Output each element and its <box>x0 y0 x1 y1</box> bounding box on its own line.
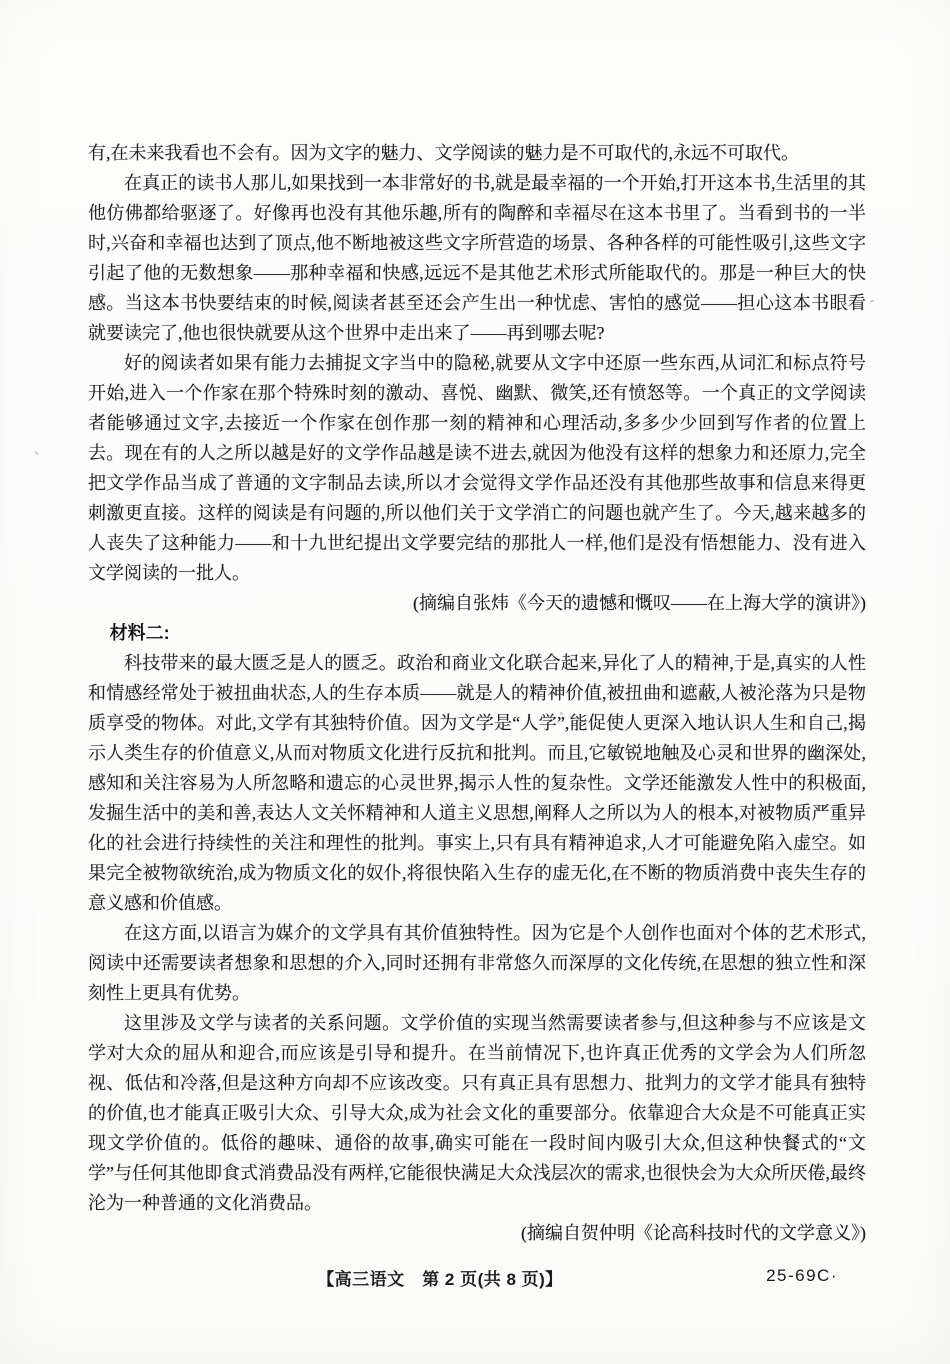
material-one-attribution: (摘编自张炜《今天的遗憾和慨叹——在上海大学的演讲》) <box>88 588 866 618</box>
material-one-paragraph-3: 好的阅读者如果有能力去捕捉文字当中的隐秘,就要从文字中还原一些东西,从词汇和标点… <box>88 348 866 588</box>
material-two-paragraph-2: 在这方面,以语言为媒介的文学具有其价值独特性。因为它是个人创作也面对个体的艺术形… <box>88 918 866 1008</box>
page-number-label: 【高三语文 第 2 页(共 8 页)】 <box>0 1265 880 1290</box>
scan-speck <box>34 451 39 456</box>
scan-speck <box>560 712 563 715</box>
material-one-paragraph-continuation: 有,在未来我看也不会有。因为文字的魅力、文学阅读的魅力是不可取代的,永远不可取代… <box>88 138 866 168</box>
paper-code: 25-69C· <box>766 1266 838 1286</box>
material-two-paragraph-1: 科技带来的最大匮乏是人的匮乏。政治和商业文化联合起来,异化了人的精神,于是,真实… <box>88 648 866 918</box>
page-footer: 【高三语文 第 2 页(共 8 页)】 25-69C· <box>0 1265 950 1297</box>
material-two-attribution: (摘编自贺仲明《论高科技时代的文学意义》) <box>88 1218 866 1248</box>
material-two-paragraph-3: 这里涉及文学与读者的关系问题。文学价值的实现当然需要读者参与,但这种参与不应该是… <box>88 1008 866 1218</box>
scanned-exam-page: 有,在未来我看也不会有。因为文字的魅力、文学阅读的魅力是不可取代的,永远不可取代… <box>0 0 950 1364</box>
reading-passage: 有,在未来我看也不会有。因为文字的魅力、文学阅读的魅力是不可取代的,永远不可取代… <box>88 138 866 1248</box>
scan-speck <box>870 299 874 302</box>
material-two-heading: 材料二: <box>88 618 866 648</box>
material-one-paragraph-2: 在真正的读书人那儿,如果找到一本非常好的书,就是最幸福的一个开始,打开这本书,生… <box>88 168 866 348</box>
